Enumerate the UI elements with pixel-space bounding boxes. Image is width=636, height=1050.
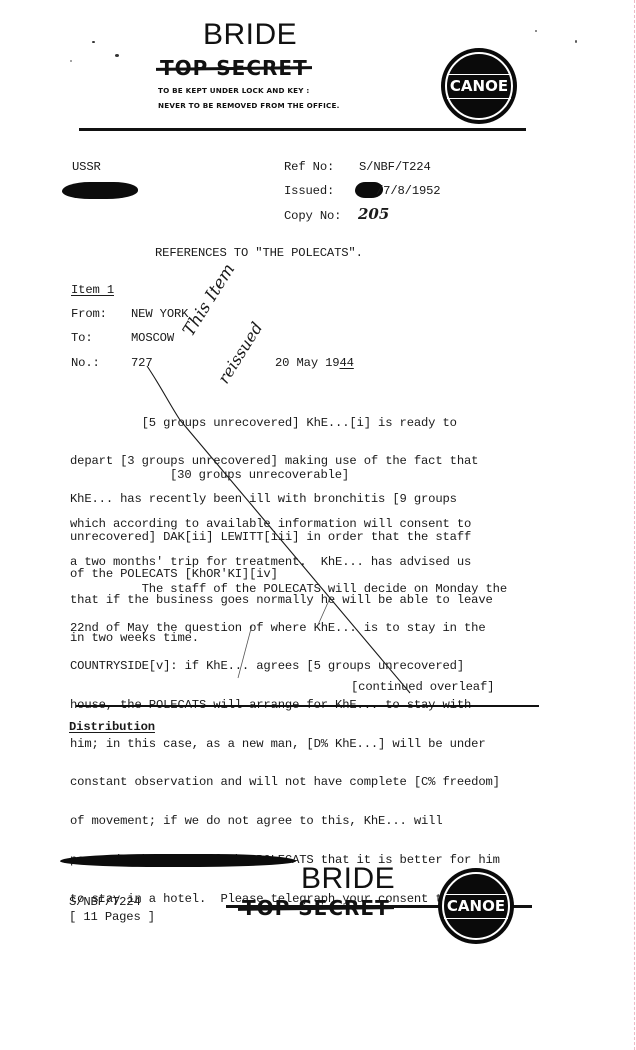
- header-rule: [79, 128, 526, 131]
- number-value: 727: [131, 356, 153, 370]
- warning-line-2: NEVER TO BE REMOVED FROM THE OFFICE.: [158, 101, 340, 110]
- footer-codeword: BRIDE: [301, 862, 395, 896]
- scan-speck: [115, 54, 119, 57]
- scan-speck: [92, 41, 95, 43]
- copy-label: Copy No:: [284, 209, 341, 223]
- ref-label: Ref No:: [284, 160, 334, 174]
- document-title: REFERENCES TO "THE POLECATS".: [155, 246, 363, 260]
- canoe-seal-icon: CANOE: [441, 48, 517, 124]
- handwritten-annotation-line-2: reissued: [214, 319, 267, 387]
- issued-value: /7/8/1952: [376, 184, 440, 198]
- codeword-header: BRIDE: [203, 18, 297, 52]
- ref-value: S/NBF/T224: [359, 160, 431, 174]
- page-edge: [634, 0, 635, 1050]
- handwritten-annotation-line-1: This Item: [179, 260, 239, 340]
- issued-label: Issued:: [284, 184, 334, 198]
- document-page: BRIDE TOP SECRET TO BE KEPT UNDER LOCK A…: [0, 0, 636, 1050]
- footer-seal-label: CANOE: [438, 897, 514, 915]
- from-label: From:: [71, 307, 107, 321]
- warning-line-1: TO BE KEPT UNDER LOCK AND KEY :: [158, 86, 309, 95]
- number-label: No.:: [71, 356, 100, 370]
- message-date: 20 May 1944: [275, 356, 354, 370]
- item-heading: Item 1: [71, 283, 114, 297]
- continued-overleaf: [continued overleaf]: [351, 680, 494, 694]
- body-end-rule: [76, 705, 539, 707]
- scan-speck: [535, 30, 537, 32]
- distribution-heading: Distribution: [69, 720, 155, 734]
- footer-canoe-seal-icon: CANOE: [438, 868, 514, 944]
- country-label: USSR: [72, 160, 101, 174]
- scan-speck: [70, 60, 72, 62]
- to-value: MOSCOW: [131, 331, 174, 345]
- seal-label: CANOE: [441, 77, 517, 95]
- from-value: NEW YORK: [131, 307, 188, 321]
- redaction-bar: [62, 182, 138, 199]
- classification-struck: TOP SECRET: [160, 56, 308, 80]
- scan-speck: [575, 40, 577, 43]
- unrecoverable-gap: [30 groups unrecoverable]: [170, 468, 349, 482]
- copy-number-handwritten: 205: [358, 205, 389, 223]
- footer-redaction-bar: [60, 854, 296, 867]
- body-paragraph-3: The staff of the POLECATS will decide on…: [70, 557, 507, 931]
- footer-ref: S/NBF/T224: [69, 895, 141, 909]
- footer-pages: [ 11 Pages ]: [69, 910, 155, 924]
- footer-classification-struck: TOP SECRET: [242, 896, 390, 920]
- to-label: To:: [71, 331, 93, 345]
